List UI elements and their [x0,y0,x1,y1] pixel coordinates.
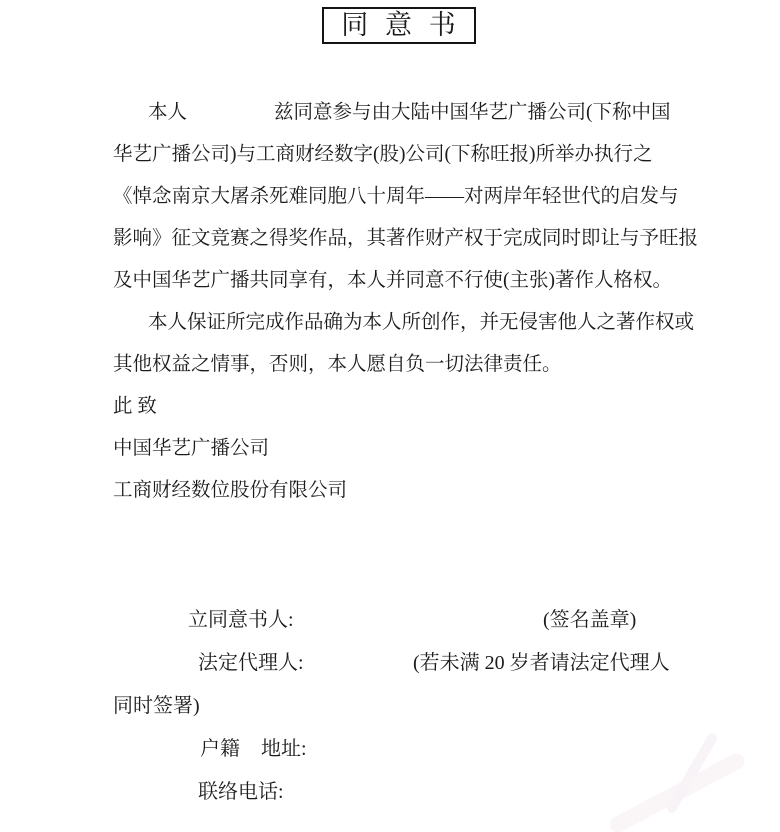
address-row: 户籍地址: [113,728,733,771]
guardian-note-line1: (若未满 20 岁者请法定代理人 [413,642,670,685]
paragraph1-line4: 影响》征文竞赛之得奖作品，其著作财产权于完成同时即让与予旺报 [113,218,673,260]
address-label-part2: 地址: [261,738,307,760]
guardian-signature-row: 法定代理人: (若未满 20 岁者请法定代理人 [113,642,733,685]
guardian-note-row: 同时签署) [113,685,733,728]
document-body: 本人兹同意参与由大陆中国华艺广播公司(下称中国 华艺广播公司)与工商财经数字(股… [113,92,673,512]
paragraph1-line1: 本人兹同意参与由大陆中国华艺广播公司(下称中国 [113,92,673,134]
address-label-gap [240,754,261,755]
signature-section: 立同意书人: (签名盖章) 法定代理人: (若未满 20 岁者请法定代理人 同时… [113,599,733,814]
guardian-label: 法定代理人: [198,652,304,674]
declarant-label: 立同意书人: [188,609,294,631]
consent-form-document: 同 意 书 本人兹同意参与由大陆中国华艺广播公司(下称中国 华艺广播公司)与工商… [0,0,780,832]
declarant-lead-text: 本人 [148,102,187,123]
paragraph2-line2: 其他权益之情事，否则，本人愿自负一切法律责任。 [113,344,673,386]
phone-label: 联络电话: [198,781,284,803]
paragraph1-line2: 华艺广播公司)与工商财经数字(股)公司(下称旺报)所举办执行之 [113,134,673,176]
document-title: 同 意 书 [341,12,457,39]
phone-row: 联络电话: [113,771,733,814]
guardian-note-line2: 同时签署) [113,695,200,717]
document-title-box: 同 意 书 [322,7,476,44]
addressee-gongshang: 工商财经数位股份有限公司 [113,470,673,512]
name-blank-space [187,117,274,118]
paragraph1-line3: 《悼念南京大屠杀死难同胞八十周年——对两岸年轻世代的启发与 [113,176,673,218]
addressee-huayi: 中国华艺广播公司 [113,428,673,470]
declarant-signature-row: 立同意书人: (签名盖章) [113,599,733,642]
seal-note: (签名盖章) [543,599,636,642]
paragraph1-line5: 及中国华艺广播共同享有，本人并同意不行使(主张)著作人格权。 [113,260,673,302]
address-label-part1: 户籍 [200,738,240,760]
paragraph1-line1-text: 兹同意参与由大陆中国华艺广播公司(下称中国 [274,102,671,123]
salutation: 此 致 [113,386,673,428]
paragraph2-line1: 本人保证所完成作品确为本人所创作，并无侵害他人之著作权或 [113,302,673,344]
